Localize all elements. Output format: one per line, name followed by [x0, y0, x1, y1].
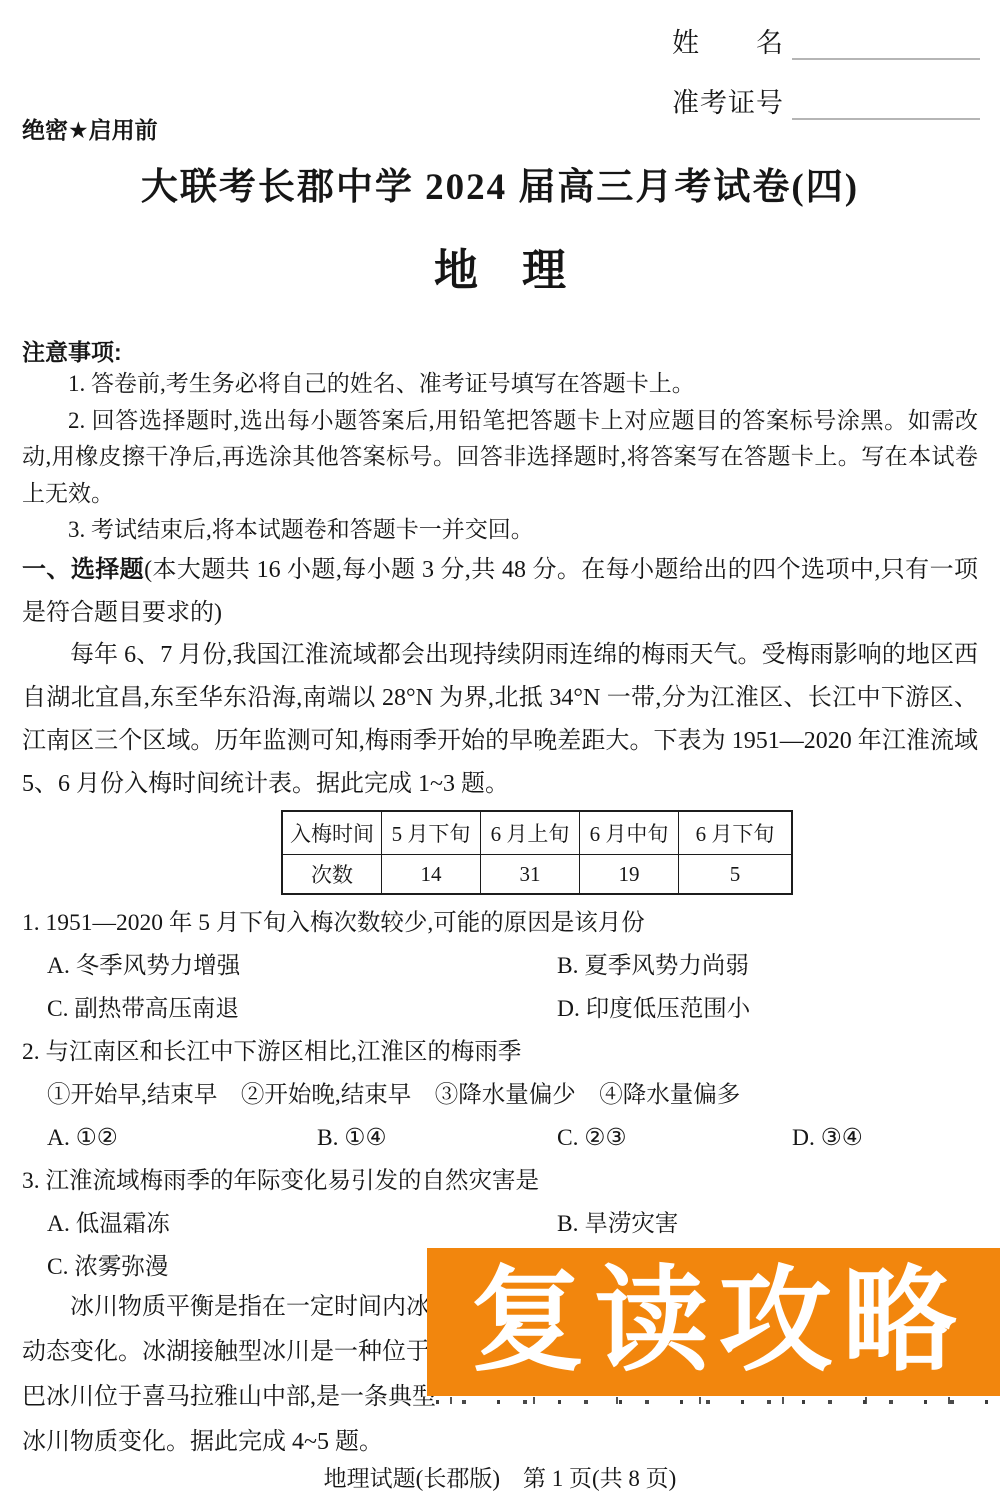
passage-meiyu: 每年 6、7 月份,我国江淮流域都会出现持续阴雨连绵的梅雨天气。受梅雨影响的地区… — [22, 634, 978, 806]
candidate-info-block: 姓 名 准考证号 — [672, 14, 980, 134]
exam-no-underline — [792, 72, 980, 120]
section-heading-bold: 一、选择题 — [22, 556, 144, 583]
question-options: A. ①② B. ①④ C. ②③ D. ③④ — [47, 1117, 978, 1160]
exam-paper-page: 姓 名 准考证号 绝密★启用前 大联考长郡中学 2024 届高三月考试卷(四) … — [0, 0, 1000, 1506]
question-stem: 2. 与江南区和长江中下游区相比,江淮区的梅雨季 — [22, 1031, 978, 1074]
numbered-statements: ①开始早,结束早 ②开始晚,结束早 ③降水量偏少 ④降水量偏多 — [47, 1074, 978, 1117]
subject-title: 地 理 — [0, 234, 1000, 298]
table-header-row: 入梅时间 5 月下旬 6 月上旬 6 月中旬 6 月下旬 — [282, 811, 792, 855]
secrecy-label: 绝密★启用前 — [22, 112, 158, 145]
rain-onset-table: 入梅时间 5 月下旬 6 月上旬 6 月中旬 6 月下旬 次数 14 31 19… — [281, 810, 793, 895]
promo-banner: 复读攻略 — [427, 1248, 1000, 1396]
option-b: B. 夏季风势力尚弱 — [557, 945, 978, 988]
page-footer: 地理试题(长郡版) 第 1 页(共 8 页) — [0, 1460, 1000, 1493]
table-cell: 5 — [679, 855, 793, 895]
notice-item: 1. 答卷前,考生务必将自己的姓名、准考证号填写在答题卡上。 — [22, 366, 978, 403]
option-a: A. 冬季风势力增强 — [47, 945, 557, 988]
table-cell: 19 — [580, 855, 679, 895]
section-heading: 一、选择题(本大题共 16 小题,每小题 3 分,共 48 分。在每小题给出的四… — [22, 548, 978, 635]
name-underline — [792, 12, 980, 60]
question-1: 1. 1951—2020 年 5 月下旬入梅次数较少,可能的原因是该月份 A. … — [22, 902, 978, 1031]
table-header-cell: 入梅时间 — [282, 811, 382, 855]
option-c: C. 副热带高压南退 — [47, 988, 557, 1031]
option-a: A. 低温霜冻 — [47, 1203, 557, 1246]
option-a: A. ①② — [47, 1117, 317, 1160]
section-heading-rest: (本大题共 16 小题,每小题 3 分,共 48 分。在每小题给出的四个选项中,… — [22, 557, 978, 626]
question-stem: 3. 江淮流域梅雨季的年际变化易引发的自然灾害是 — [22, 1160, 978, 1203]
exam-no-label: 准考证号 — [672, 81, 784, 120]
exam-title: 大联考长郡中学 2024 届高三月考试卷(四) — [0, 156, 1000, 210]
option-b: B. ①④ — [317, 1117, 557, 1160]
question-2: 2. 与江南区和长江中下游区相比,江淮区的梅雨季 ①开始早,结束早 ②开始晚,结… — [22, 1031, 978, 1160]
table-header-cell: 6 月上旬 — [481, 811, 580, 855]
table-header-cell: 6 月下旬 — [679, 811, 793, 855]
name-label: 姓 名 — [672, 21, 784, 60]
name-field: 姓 名 — [672, 14, 980, 60]
option-d: D. 印度低压范围小 — [557, 988, 978, 1031]
table-data-row: 次数 14 31 19 5 — [282, 855, 792, 895]
notice-item: 2. 回答选择题时,选出每小题答案后,用铅笔把答题卡上对应题目的答案标号涂黑。如… — [22, 403, 978, 513]
table-header-cell: 6 月中旬 — [580, 811, 679, 855]
notice-list: 1. 答卷前,考生务必将自己的姓名、准考证号填写在答题卡上。 2. 回答选择题时… — [22, 366, 978, 549]
obscured-text-fragments — [436, 1397, 992, 1404]
notice-heading: 注意事项: — [22, 334, 122, 367]
table-row-label: 次数 — [282, 855, 382, 895]
exam-no-field: 准考证号 — [672, 74, 980, 120]
table-cell: 31 — [481, 855, 580, 895]
question-stem: 1. 1951—2020 年 5 月下旬入梅次数较少,可能的原因是该月份 — [22, 902, 978, 945]
option-c: C. ②③ — [557, 1117, 792, 1160]
table-cell: 14 — [382, 855, 481, 895]
option-b: B. 旱涝灾害 — [557, 1203, 978, 1246]
question-options: A. 冬季风势力增强 B. 夏季风势力尚弱 C. 副热带高压南退 D. 印度低压… — [47, 945, 978, 1031]
table-header-cell: 5 月下旬 — [382, 811, 481, 855]
passage-line: 冰川物质变化。据此完成 4~5 题。 — [22, 1420, 978, 1465]
notice-item: 3. 考试结束后,将本试题卷和答题卡一并交回。 — [22, 512, 978, 549]
promo-banner-text: 复读攻略 — [460, 1265, 966, 1379]
option-d: D. ③④ — [792, 1117, 978, 1160]
